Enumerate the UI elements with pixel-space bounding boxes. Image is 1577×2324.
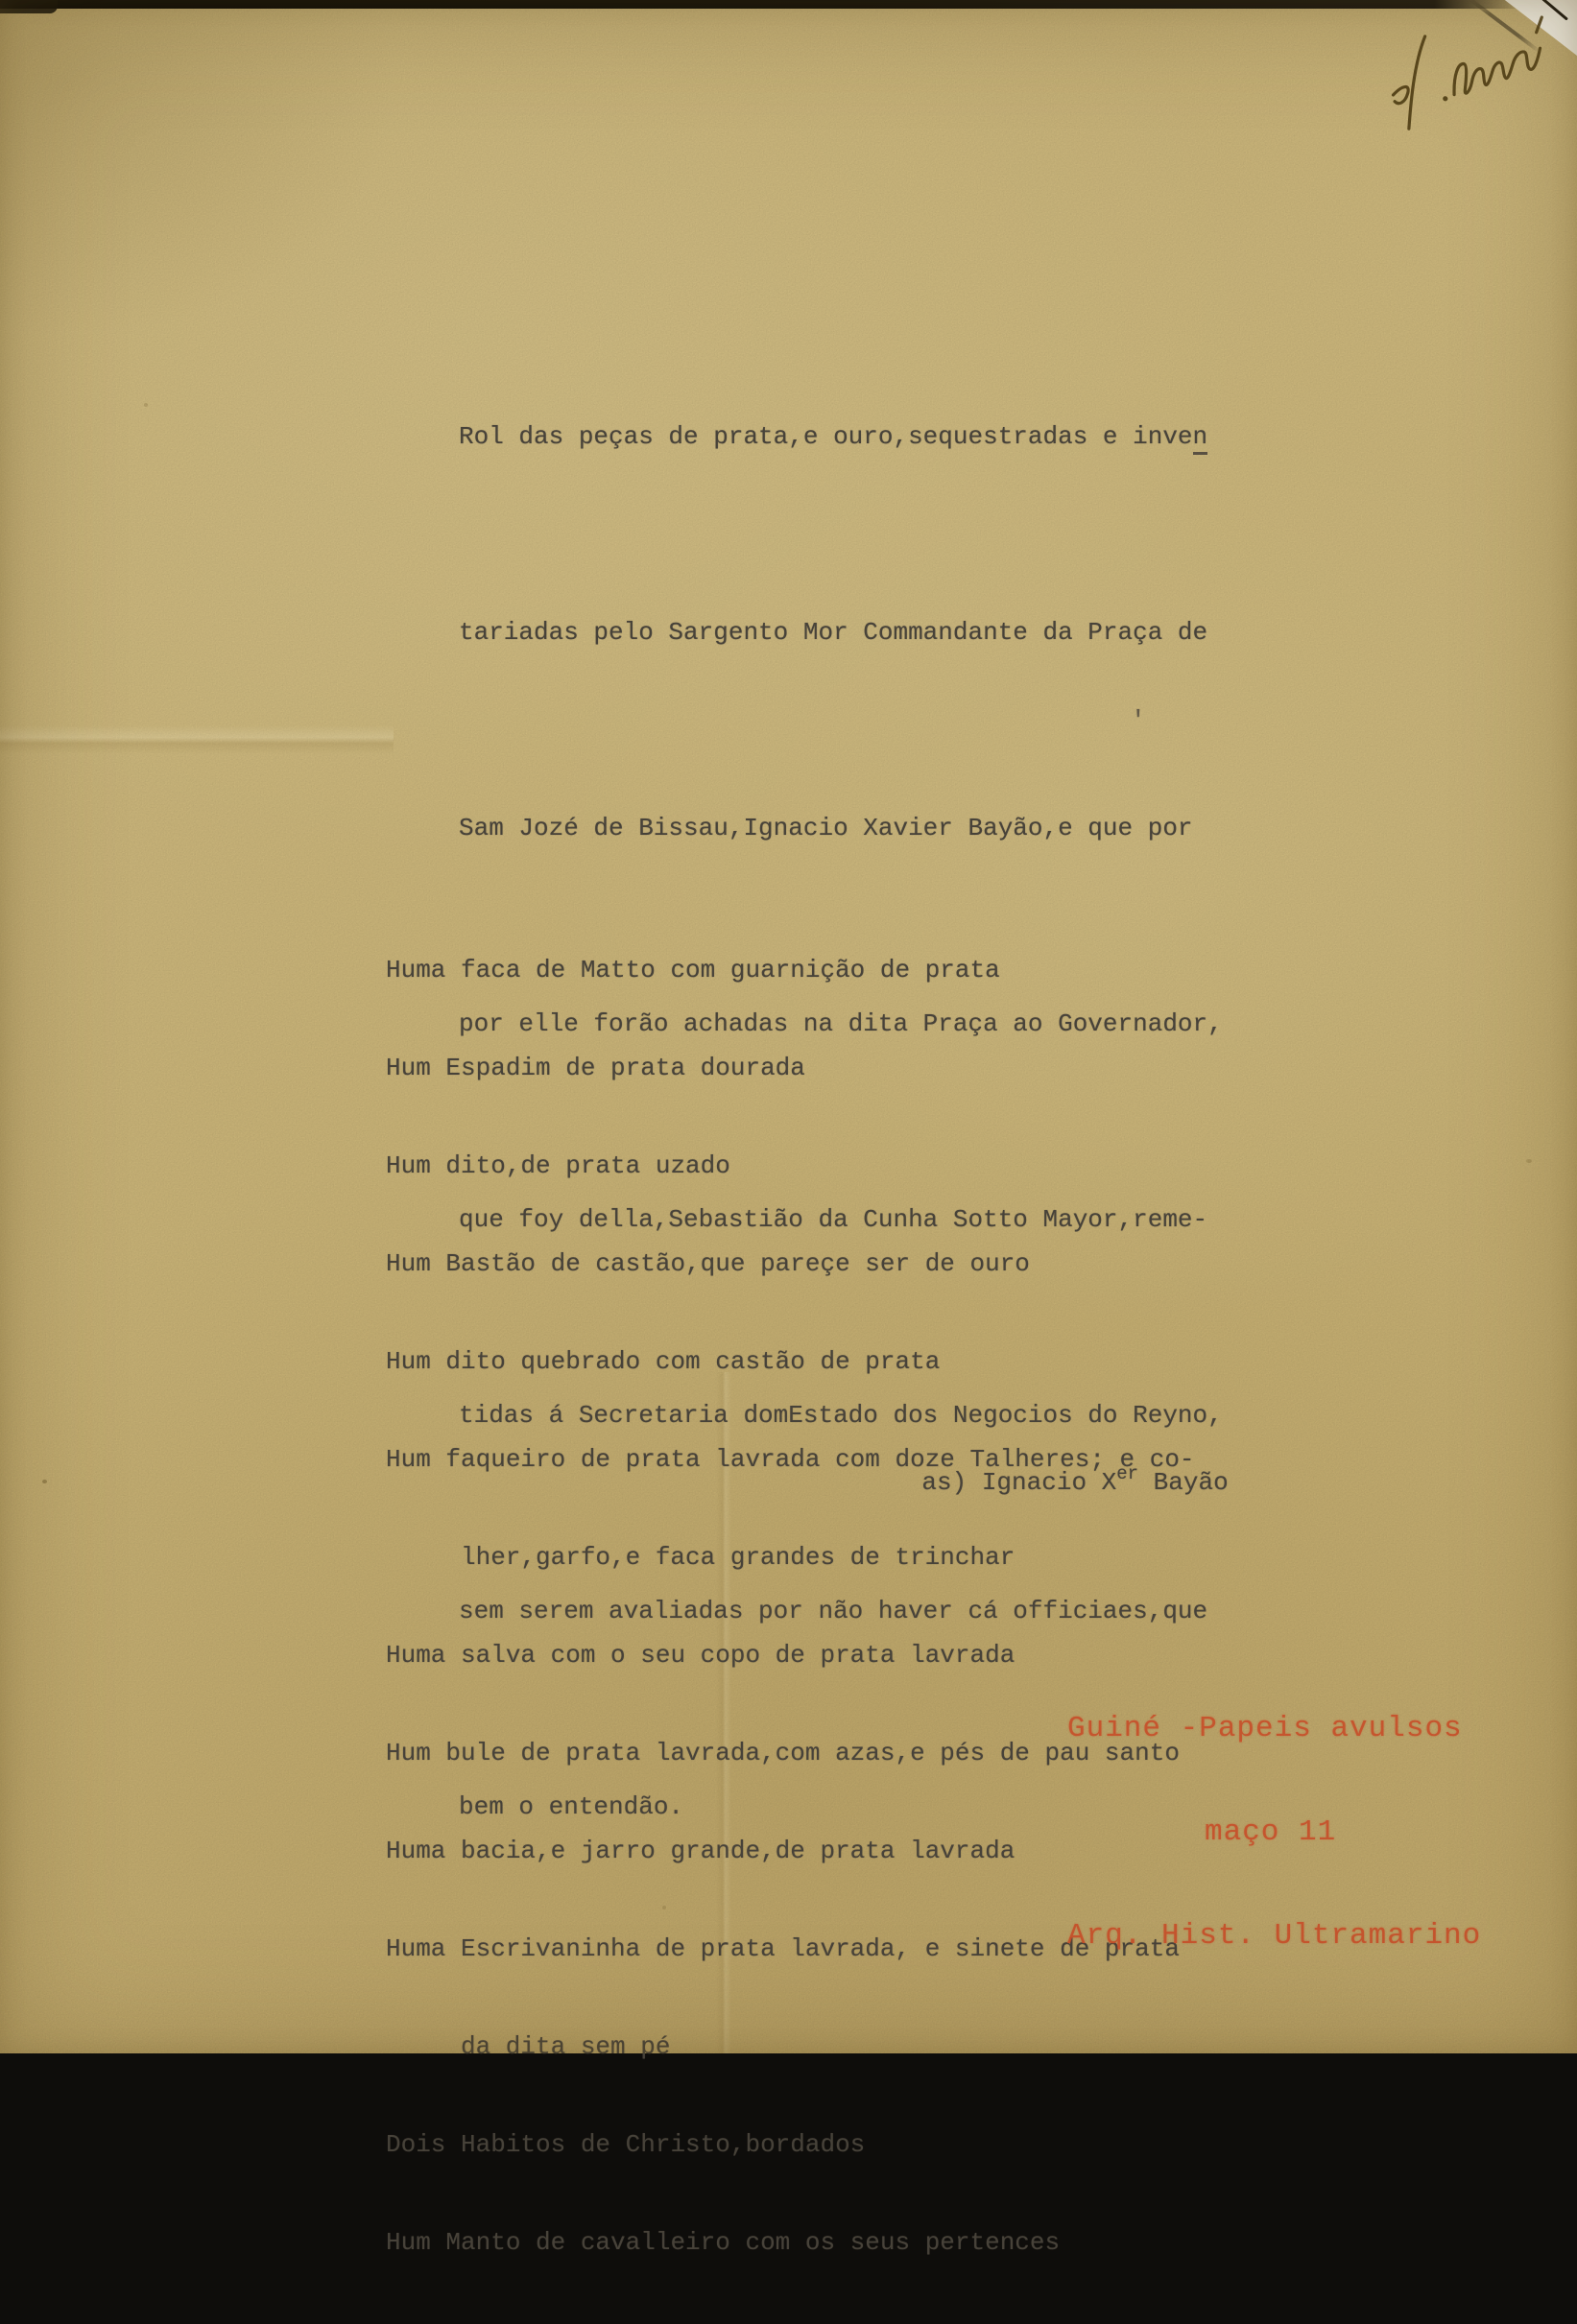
inventory-item: Hum dito quebrado com castão de prata bbox=[386, 1345, 1250, 1378]
signature-suffix: Bayão bbox=[1138, 1468, 1229, 1497]
signature-prefix: as) Ignacio X bbox=[921, 1468, 1116, 1497]
stamp-line-bundle: maço 11 bbox=[1067, 1815, 1481, 1850]
scan-edge-top bbox=[0, 0, 1526, 9]
paragraph-line: tariadas pelo Sargento Mor Commandante d… bbox=[459, 600, 1217, 665]
paragraph-line: Sam Jozé de Bissau,Ignacio Xavier Bayão,… bbox=[459, 795, 1217, 861]
paper-speck bbox=[144, 403, 148, 407]
inventory-item: Huma faca de Matto com guarnição de prat… bbox=[386, 954, 1250, 986]
paper-crease-horizontal bbox=[0, 725, 394, 754]
paragraph-line-text: Rol das peças de prata,e ouro,sequestrad… bbox=[459, 422, 1193, 451]
paper-speck bbox=[1526, 1159, 1532, 1163]
signature-superscript: er bbox=[1116, 1463, 1138, 1484]
archive-stamp: Guiné -Papeis avulsos maço 11 Arq. Hist.… bbox=[1067, 1643, 1481, 2023]
scan-edge-top-left bbox=[0, 0, 58, 13]
inventory-item: Hum dito,de prata uzado bbox=[386, 1150, 1250, 1182]
handwritten-annotation bbox=[1350, 0, 1574, 150]
stamp-line-archive: Arq. Hist. Ultramarino bbox=[1067, 1919, 1481, 1954]
inventory-item-continuation: lher,garfo,e faca grandes de trinchar bbox=[386, 1541, 1250, 1574]
signature-line: as) Ignacio Xer Bayão bbox=[862, 1439, 1229, 1526]
stamp-line-collection: Guiné -Papeis avulsos bbox=[1067, 1712, 1481, 1746]
paper-speck bbox=[42, 1480, 47, 1483]
inventory-item-continuation: da dita sem pé bbox=[386, 2030, 1250, 2053]
stray-mark: ' bbox=[1131, 706, 1146, 735]
hyphenation-underline: n bbox=[1193, 422, 1208, 455]
inventory-item: Hum Bastão de castão,que pareçe ser de o… bbox=[386, 1247, 1250, 1280]
paragraph-line: Rol das peças de prata,e ouro,sequestrad… bbox=[459, 404, 1217, 469]
document-page: Rol das peças de prata,e ouro,sequestrad… bbox=[0, 0, 1577, 2053]
inventory-item: Hum Espadim de prata dourada bbox=[386, 1052, 1250, 1084]
